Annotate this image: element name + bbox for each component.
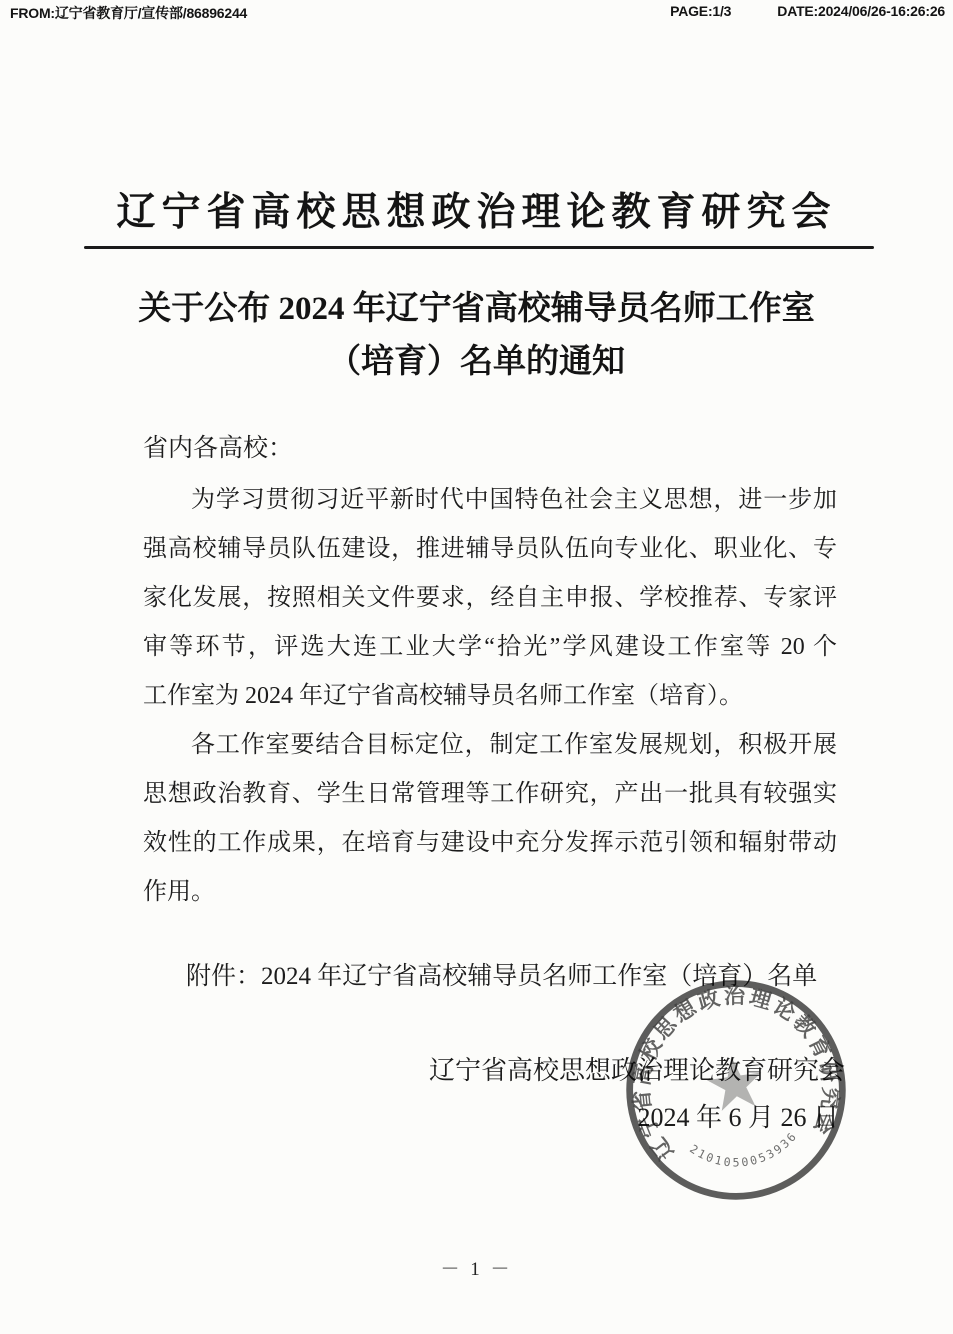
fax-header-from: FROM:辽宁省教育厅/宣传部/86896244	[10, 3, 247, 23]
body-line: 工作室为 2024 年辽宁省高校辅导员名师工作室（培育）。	[143, 672, 837, 721]
fax-header-page: PAGE:1/3	[670, 3, 731, 19]
fax-document-page: FROM:辽宁省教育厅/宣传部/86896244 PAGE:1/3 DATE:2…	[0, 0, 953, 1334]
letterhead-org-title: 辽宁省高校思想政治理论教育研究会	[0, 181, 953, 237]
body-line: 审等环节，评选大连工业大学“拾光”学风建设工作室等 20 个	[143, 623, 837, 672]
seal-star-icon	[704, 1053, 766, 1113]
body-line: 强高校辅导员队伍建设，推进辅导员队伍向专业化、职业化、专	[143, 525, 837, 574]
notice-title-line2: （培育）名单的通知	[0, 336, 953, 389]
body-line: 家化发展，按照相关文件要求，经自主申报、学校推荐、专家评	[143, 574, 837, 623]
notice-title: 关于公布 2024 年辽宁省高校辅导员名师工作室 （培育）名单的通知	[0, 283, 953, 389]
letterhead-divider	[84, 246, 874, 249]
fax-header-date: DATE:2024/06/26-16:26:26	[777, 3, 945, 19]
body-line: 思想政治教育、学生日常管理等工作研究，产出一批具有较强实	[143, 770, 837, 819]
notice-title-line1: 关于公布 2024 年辽宁省高校辅导员名师工作室	[0, 283, 953, 336]
fax-header-right: PAGE:1/3 DATE:2024/06/26-16:26:26	[670, 3, 945, 19]
body-line: 为学习贯彻习近平新时代中国特色社会主义思想，进一步加	[143, 476, 837, 525]
page-number: － 1 －	[0, 1254, 953, 1281]
salutation: 省内各高校：	[143, 428, 293, 464]
official-seal-stamp: 辽宁省高校思想政治理论教育研究会 2101050053936	[605, 959, 867, 1221]
seal-code: 2101050053936	[686, 1127, 804, 1177]
body-line: 作用。	[143, 868, 837, 917]
body-line: 各工作室要结合目标定位，制定工作室发展规划，积极开展	[143, 721, 837, 770]
body-line: 效性的工作成果，在培育与建设中充分发挥示范引领和辐射带动	[143, 819, 837, 868]
fax-header: FROM:辽宁省教育厅/宣传部/86896244 PAGE:1/3 DATE:2…	[10, 3, 945, 23]
body-text: 为学习贯彻习近平新时代中国特色社会主义思想，进一步加强高校辅导员队伍建设，推进辅…	[143, 476, 837, 917]
